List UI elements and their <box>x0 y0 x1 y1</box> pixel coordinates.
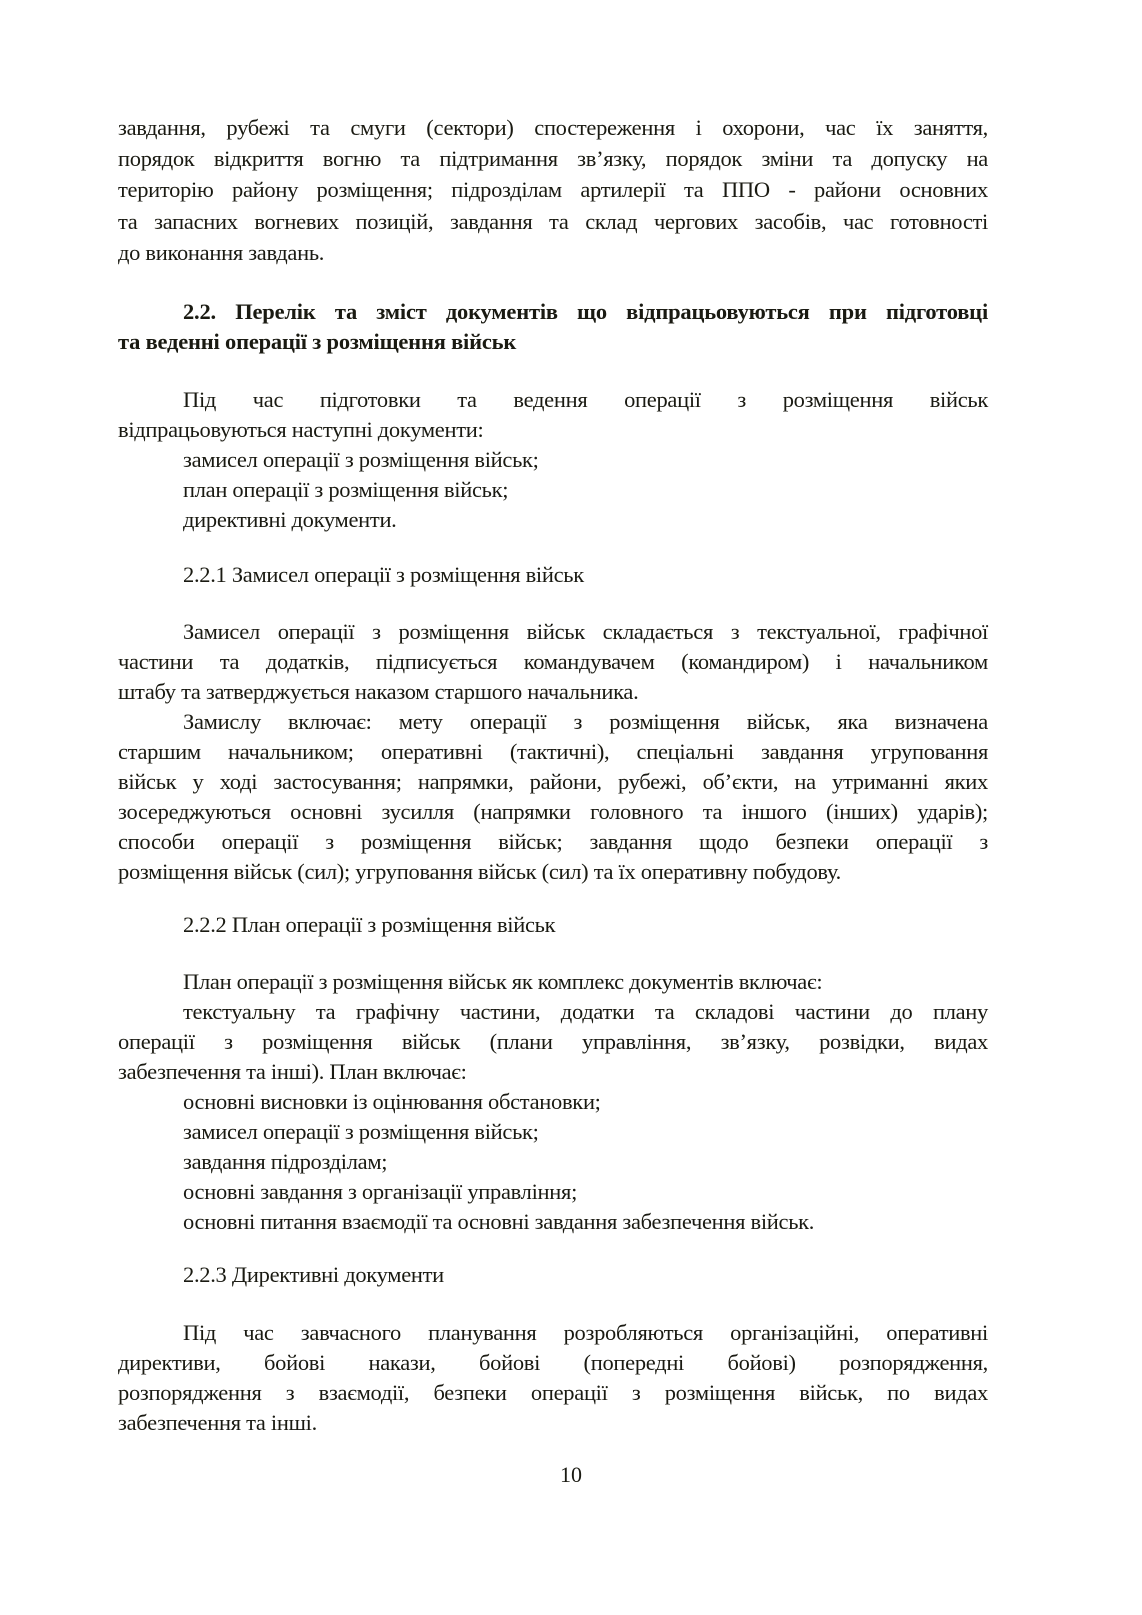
text-line: текстуальну та графічну частини, додатки… <box>183 997 988 1027</box>
text-line: забезпечення та інші. <box>118 1408 988 1438</box>
text-line: основні висновки із оцінювання обстановк… <box>183 1087 988 1117</box>
text-line: завдання підрозділам; <box>183 1147 988 1177</box>
text-line: штабу та затверджується наказом старшого… <box>118 677 988 707</box>
text-line: військ у ході застосування; напрямки, ра… <box>118 767 988 797</box>
text-line: зосереджуються основні зусилля (напрямки… <box>118 797 988 827</box>
text-line: Замислу включає: мету операції з розміще… <box>183 707 988 737</box>
text-line: розпорядження з взаємодії, безпеки опера… <box>118 1378 988 1408</box>
text-line: старшим начальником; оперативні (тактичн… <box>118 737 988 767</box>
text-line: Під час підготовки та ведення операції з… <box>183 385 988 415</box>
text-line: та запасних вогневих позицій, завдання т… <box>118 207 988 237</box>
text-line: частини та додатків, підписується команд… <box>118 647 988 677</box>
text-line: замисел операції з розміщення військ; <box>183 1117 988 1147</box>
text-line: Під час завчасного планування розробляют… <box>183 1318 988 1348</box>
text-line: способи операції з розміщення військ; за… <box>118 827 988 857</box>
text-line: директиви, бойові накази, бойові (попере… <box>118 1348 988 1378</box>
subsection-heading: 2.2.2 План операції з розміщення військ <box>183 910 988 940</box>
text-line: територію району розміщення; підрозділам… <box>118 175 988 205</box>
text-line: Замисел операції з розміщення військ скл… <box>183 617 988 647</box>
page-number: 10 <box>0 1462 1142 1488</box>
subsection-heading: 2.2.1 Замисел операції з розміщення війс… <box>183 560 988 590</box>
text-line: розміщення військ (сил); угруповання вій… <box>118 857 988 887</box>
text-line: завдання, рубежі та смуги (сектори) спос… <box>118 113 988 143</box>
document-page: завдання, рубежі та смуги (сектори) спос… <box>0 0 1142 1615</box>
text-line: порядок відкриття вогню та підтримання з… <box>118 144 988 174</box>
text-line: План операції з розміщення військ як ком… <box>183 967 988 997</box>
section-heading: та веденні операції з розміщення військ <box>118 327 988 357</box>
text-line: план операції з розміщення військ; <box>183 475 988 505</box>
text-line: замисел операції з розміщення військ; <box>183 445 988 475</box>
text-line: основні питання взаємодії та основні зав… <box>183 1207 988 1237</box>
text-line: забезпечення та інші). План включає: <box>118 1057 988 1087</box>
section-heading: 2.2. Перелік та зміст документів що відп… <box>183 297 988 327</box>
text-line: директивні документи. <box>183 505 988 535</box>
text-line: відпрацьовуються наступні документи: <box>118 415 988 445</box>
text-line: операції з розміщення військ (плани упра… <box>118 1027 988 1057</box>
text-line: основні завдання з організації управлінн… <box>183 1177 988 1207</box>
text-line: до виконання завдань. <box>118 238 988 268</box>
subsection-heading: 2.2.3 Директивні документи <box>183 1260 988 1290</box>
